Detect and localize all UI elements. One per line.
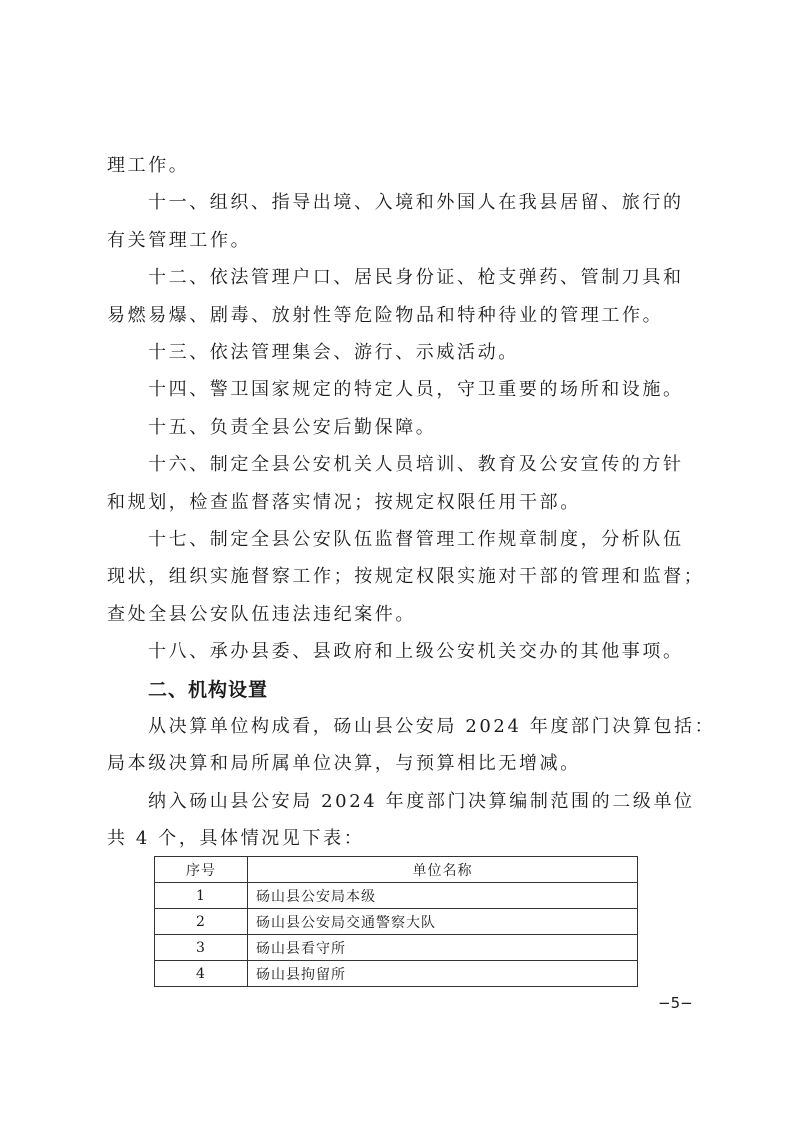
paragraph-line: 现状，组织实施督察工作；按规定权限实施对干部的管理和监督； [107,565,697,589]
cell-serial-number: 1 [155,883,248,909]
table-row: 4 砀山县拘留所 [155,961,638,987]
cell-serial-number: 3 [155,935,248,961]
table-header-row: 序号 单位名称 [155,857,638,883]
cell-unit-name: 砀山县公安局本级 [248,883,638,909]
table-row: 2 砀山县公安局交通警察大队 [155,909,638,935]
paragraph-line: 十四、警卫国家规定的特定人员，守卫重要的场所和设施。 [148,378,738,402]
paragraph-line: 十二、依法管理户口、居民身份证、枪支弹药、管制刀具和 [148,266,738,290]
paragraph-line: 局本级决算和局所属单位决算，与预算相比无增减。 [107,752,697,776]
cell-serial-number: 2 [155,909,248,935]
paragraph-line: 十八、承办县委、县政府和上级公安机关交办的其他事项。 [148,640,738,664]
paragraph-line: 十六、制定全县公安机关人员培训、教育及公安宣传的方针 [148,453,738,477]
paragraph-line: 纳入砀山县公安局 2024 年度部门决算编制范围的二级单位 [148,790,738,814]
document-page: 理工作。十一、组织、指导出境、入境和外国人在我县居留、旅行的有关管理工作。十二、… [0,0,793,1122]
paragraph-line: 易燃易爆、剧毒、放射性等危险物品和特种待业的管理工作。 [107,304,697,328]
units-table: 序号 单位名称 1 砀山县公安局本级 2 砀山县公安局交通警察大队 3 砀山县看… [154,856,638,987]
paragraph-line: 查处全县公安队伍违法违纪案件。 [107,603,697,627]
table-row: 3 砀山县看守所 [155,935,638,961]
cell-unit-name: 砀山县公安局交通警察大队 [248,909,638,935]
paragraph-line: 十五、负责全县公安后勤保障。 [148,416,738,440]
table-row: 1 砀山县公安局本级 [155,883,638,909]
paragraph-line: 理工作。 [107,154,697,178]
header-serial-number: 序号 [155,857,248,883]
paragraph-line: 有关管理工作。 [107,229,697,253]
paragraph-line: 十三、依法管理集会、游行、示威活动。 [148,341,738,365]
paragraph-line: 十七、制定全县公安队伍监督管理工作规章制度，分析队伍 [148,528,738,552]
paragraph-line: 从决算单位构成看，砀山县公安局 2024 年度部门决算包括： [148,715,738,739]
cell-serial-number: 4 [155,961,248,987]
paragraph-line: 和规划，检查监督落实情况；按规定权限任用干部。 [107,491,697,515]
paragraph-line: 共 4 个，具体情况见下表： [107,827,697,851]
cell-unit-name: 砀山县拘留所 [248,961,638,987]
cell-unit-name: 砀山县看守所 [248,935,638,961]
header-unit-name: 单位名称 [248,857,638,883]
section-heading: 二、机构设置 [148,678,738,702]
page-number: −5− [658,994,693,1012]
paragraph-line: 十一、组织、指导出境、入境和外国人在我县居留、旅行的 [148,191,738,215]
